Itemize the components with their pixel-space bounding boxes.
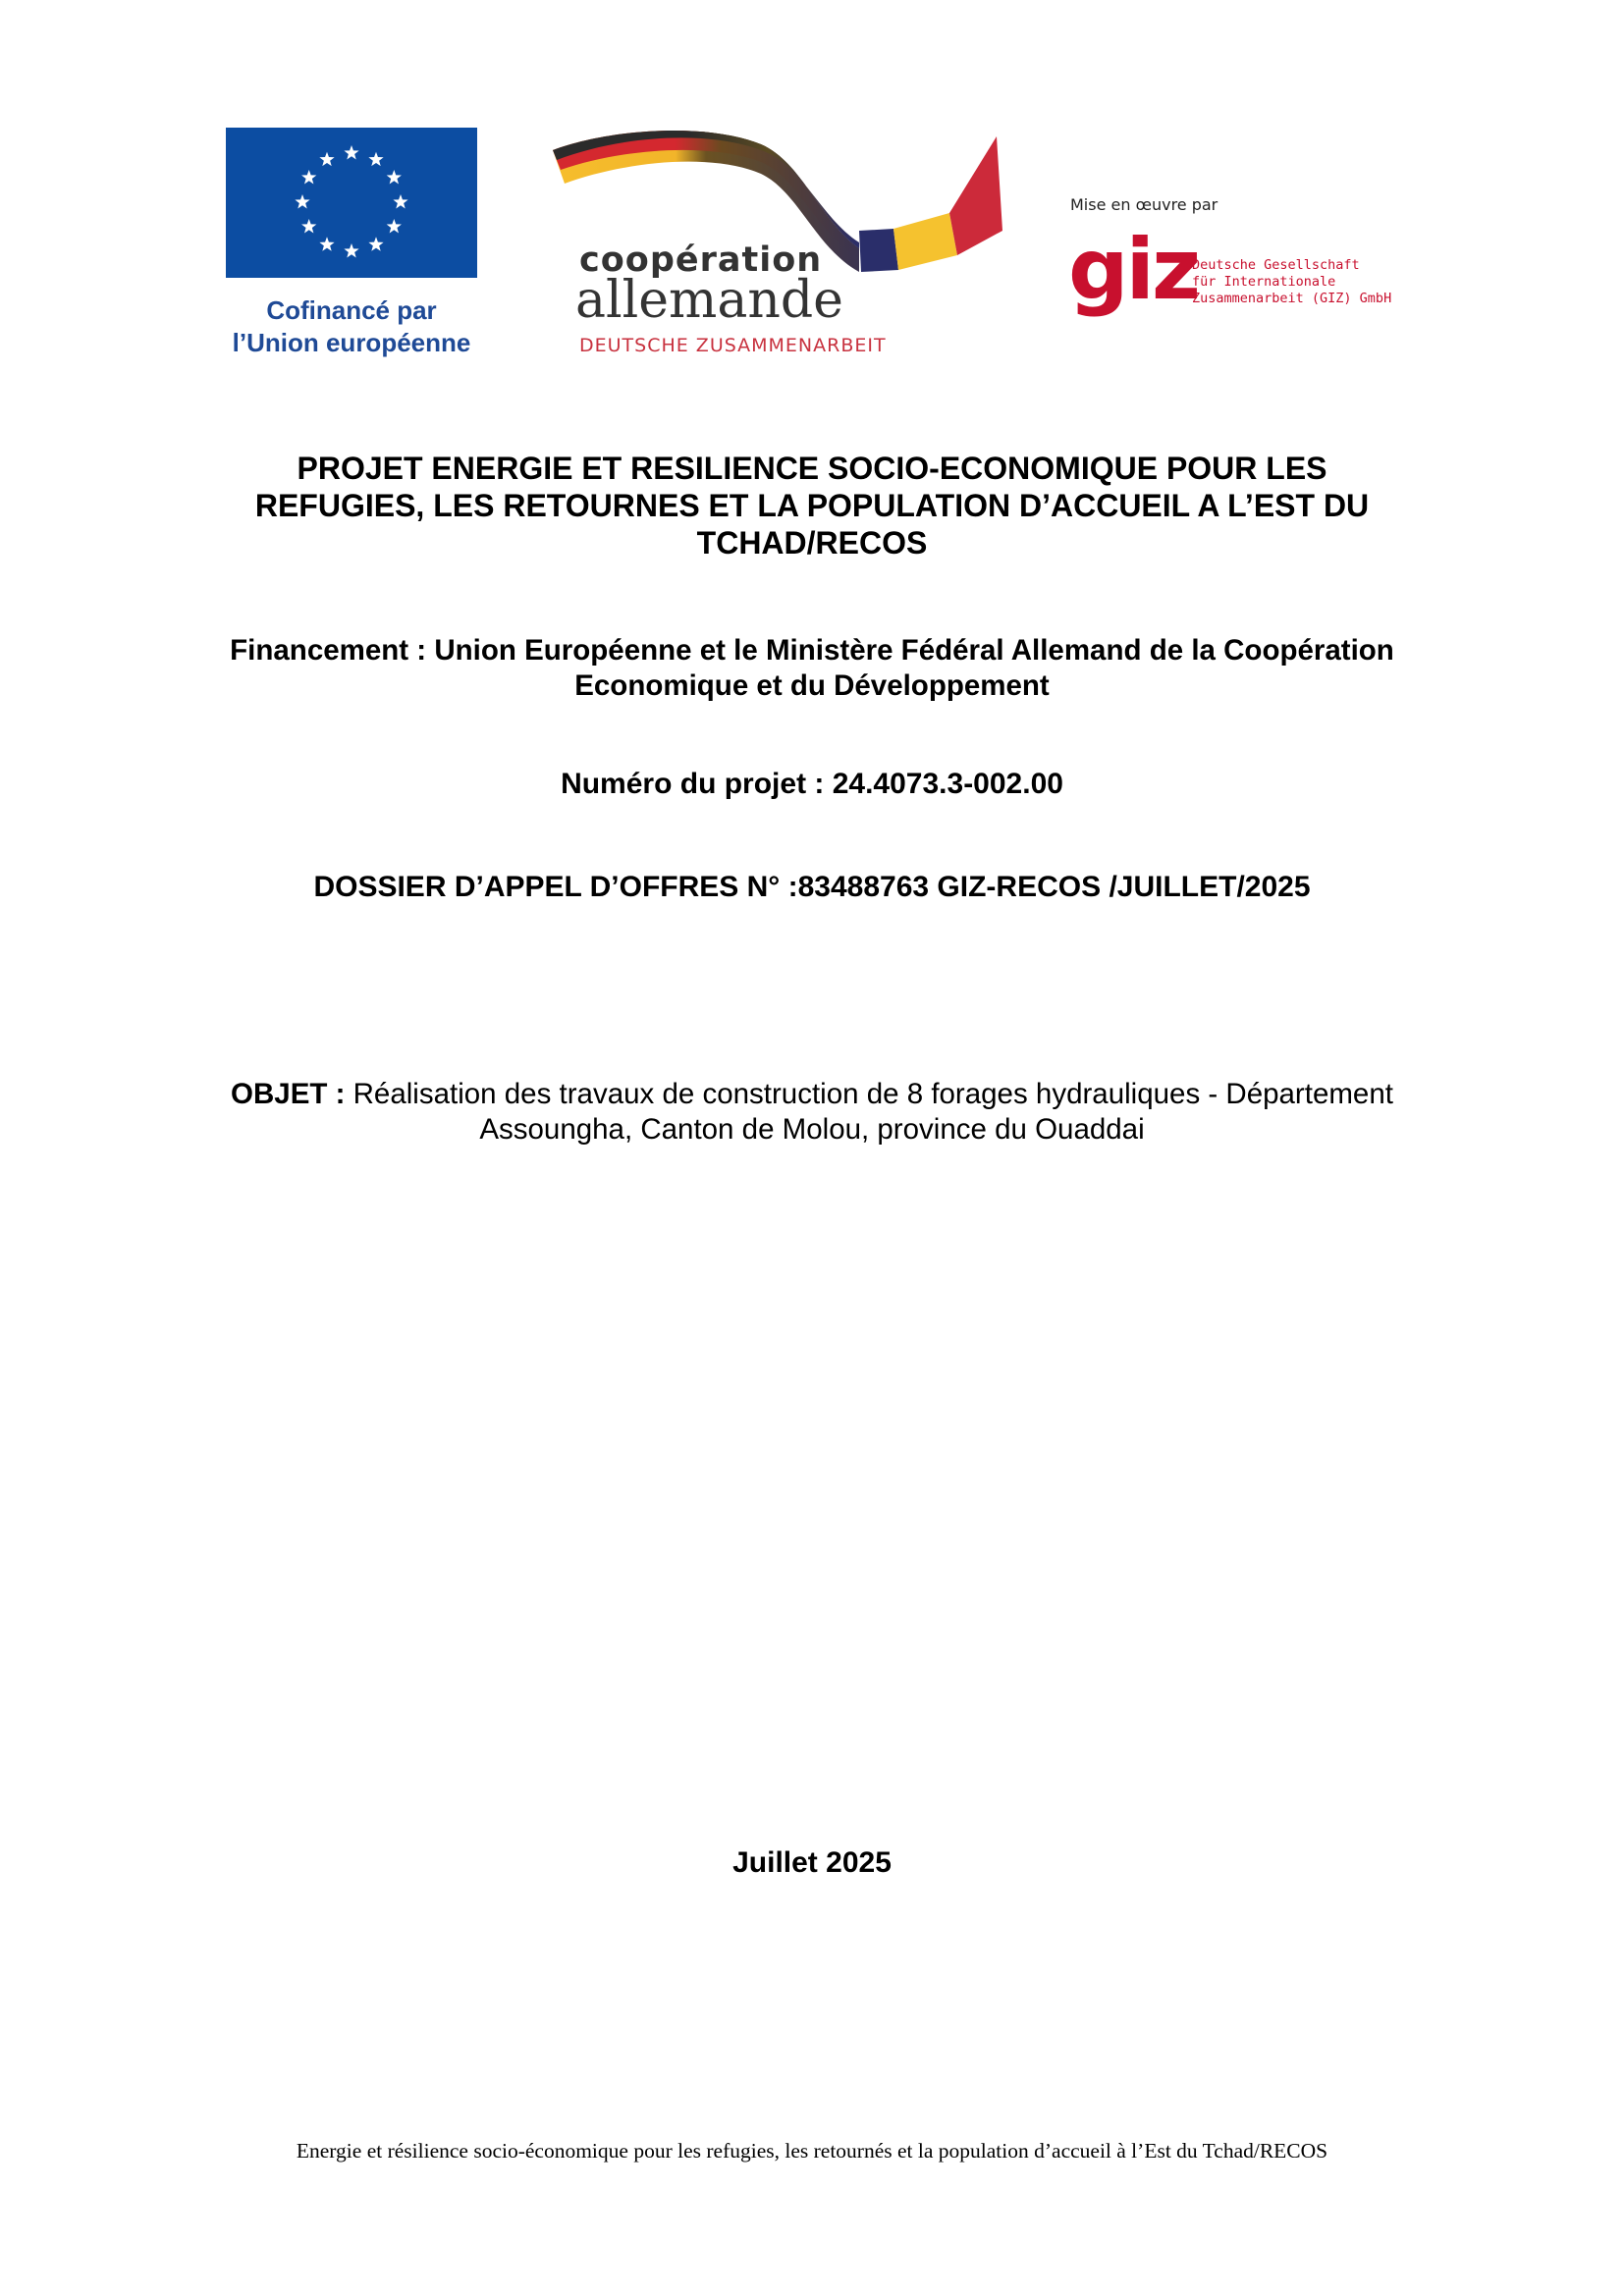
page-footer: Energie et résilience socio-économique p… — [0, 2138, 1624, 2163]
giz-name-line2: für Internationale — [1192, 274, 1391, 291]
object-statement: OBJET : Réalisation des travaux de const… — [0, 1077, 1624, 1148]
giz-name-line1: Deutsche Gesellschaft — [1192, 257, 1391, 274]
project-title: PROJET ENERGIE ET RESILIENCE SOCIO-ECONO… — [0, 450, 1624, 561]
project-number: Numéro du projet : 24.4073.3-002.00 — [0, 767, 1624, 802]
title-line: REFUGIES, LES RETOURNES ET LA POPULATION… — [0, 487, 1624, 524]
object-text-line2: Assoungha, Canton de Molou, province du … — [0, 1112, 1624, 1148]
funding-statement: Financement : Union Européenne et le Min… — [0, 633, 1624, 704]
giz-name-line3: Zusammenarbeit (GIZ) GmbH — [1192, 291, 1391, 307]
document-date: Juillet 2025 — [0, 1845, 1624, 1881]
eu-cofunding-caption: Cofinancé par l’Union européenne — [196, 294, 507, 359]
object-label: OBJET : — [231, 1078, 345, 1110]
object-text-line1: Réalisation des travaux de construction … — [345, 1078, 1393, 1110]
giz-logo-mark: giz — [1068, 228, 1198, 312]
eu-flag-logo — [226, 128, 477, 278]
eu-caption-line2: l’Union européenne — [196, 327, 507, 359]
funding-line: Financement : Union Européenne et le Min… — [0, 633, 1624, 668]
implemented-by-label: Mise en œuvre par — [1070, 195, 1218, 214]
giz-full-name: Deutsche Gesellschaft für Internationale… — [1192, 257, 1391, 307]
title-line: TCHAD/RECOS — [0, 524, 1624, 561]
eu-caption-line1: Cofinancé par — [196, 294, 507, 327]
eu-stars-icon — [226, 128, 477, 278]
title-line: PROJET ENERGIE ET RESILIENCE SOCIO-ECONO… — [0, 450, 1624, 487]
object-line1: OBJET : Réalisation des travaux de const… — [0, 1077, 1624, 1112]
funding-line: Economique et du Développement — [0, 668, 1624, 704]
tender-reference: DOSSIER D’APPEL D’OFFRES N° :83488763 GI… — [0, 870, 1624, 905]
allemande-word: allemande — [575, 271, 843, 330]
deutsche-zusammenarbeit-tagline: DEUTSCHE ZUSAMMENARBEIT — [579, 335, 887, 356]
